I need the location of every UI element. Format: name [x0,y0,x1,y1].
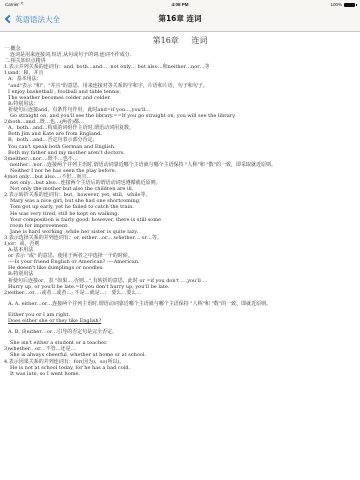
status-time: 4:08 PM [0,2,360,7]
status-right: 100% [330,2,355,7]
top-bar: Carrier ≈ 4:08 PM 100% 英语语法大全 第16章 连词 [0,0,360,32]
battery-icon [344,3,355,7]
chapter-title: 第16章 连词 [4,35,356,46]
example-line: It was late, so I went home. [4,371,356,377]
nav-title: 第16章 连词 [0,12,360,26]
article-content[interactable]: 第16章 连词 一.概念 连词是用来连接词,短语,从句或句子的词.连词不作成分.… [0,33,360,480]
navigation-bar: 英语语法大全 第16章 连词 [0,8,360,32]
battery-percent: 100% [330,2,342,7]
status-bar: Carrier ≈ 4:08 PM 100% [0,0,360,8]
